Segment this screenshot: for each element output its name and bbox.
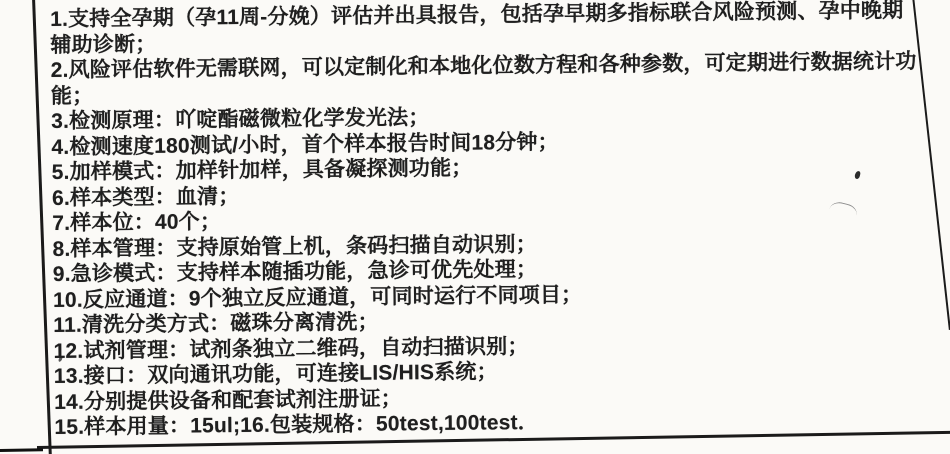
scanned-page: 1.支持全孕期（孕11周-分娩）评估并出具报告，包括孕早期多指标联合风险预测、孕…	[0, 0, 950, 454]
table-border-left	[32, 0, 52, 454]
spec-list: 1.支持全孕期（孕11周-分娩）评估并出具报告，包括孕早期多指标联合风险预测、孕…	[50, 0, 934, 440]
table-border-bottom-left-stub	[0, 448, 43, 452]
